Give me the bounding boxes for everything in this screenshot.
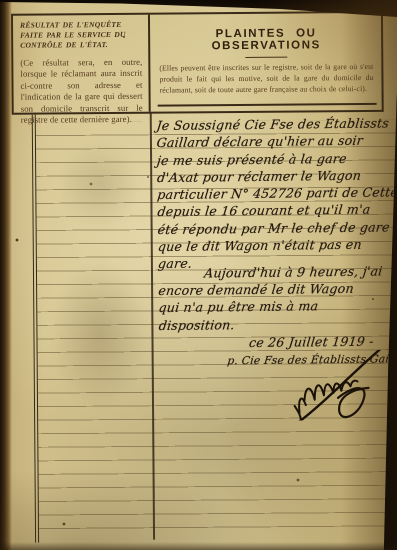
photo-background: RÉSULTAT DE L'ENQUÊTE FAITE PAR LE SERVI… bbox=[0, 0, 397, 550]
handwritten-entry: Je Soussigné Cie Fse des Établissts Gail… bbox=[155, 115, 397, 372]
header-box: RÉSULTAT DE L'ENQUÊTE FAITE PAR LE SERVI… bbox=[11, 11, 384, 115]
signature-flourish bbox=[283, 350, 396, 421]
header-right-cell: PLAINTES OU OBSERVATIONS (Elles peuvent … bbox=[150, 13, 382, 112]
photo-left-edge bbox=[0, 0, 12, 550]
photo-bottom-edge bbox=[0, 542, 397, 550]
entry-line: Gaillard déclare qu'hier au soir bbox=[156, 133, 397, 153]
header-right-note: (Elles peuvent être inscrites sur le reg… bbox=[159, 62, 373, 95]
header-left-note: (Ce résultat sera, en outre, lorsque le … bbox=[20, 57, 143, 126]
header-right-bottom-rule bbox=[158, 103, 377, 106]
header-left-cell: RÉSULTAT DE L'ENQUÊTE FAITE PAR LE SERVI… bbox=[13, 15, 151, 113]
entry-line: disposition. bbox=[158, 315, 397, 335]
title-underline bbox=[245, 57, 287, 59]
entry-line: depuis le 16 courant et qu'il m'a bbox=[156, 202, 397, 222]
header-left-title: RÉSULTAT DE L'ENQUÊTE FAITE PAR LE SERVI… bbox=[20, 20, 142, 51]
page-content: RÉSULTAT DE L'ENQUÊTE FAITE PAR LE SERVI… bbox=[0, 0, 397, 550]
entry-line: qui n'a pu être mis à ma bbox=[158, 298, 397, 318]
header-right-title: PLAINTES OU OBSERVATIONS bbox=[159, 27, 373, 53]
